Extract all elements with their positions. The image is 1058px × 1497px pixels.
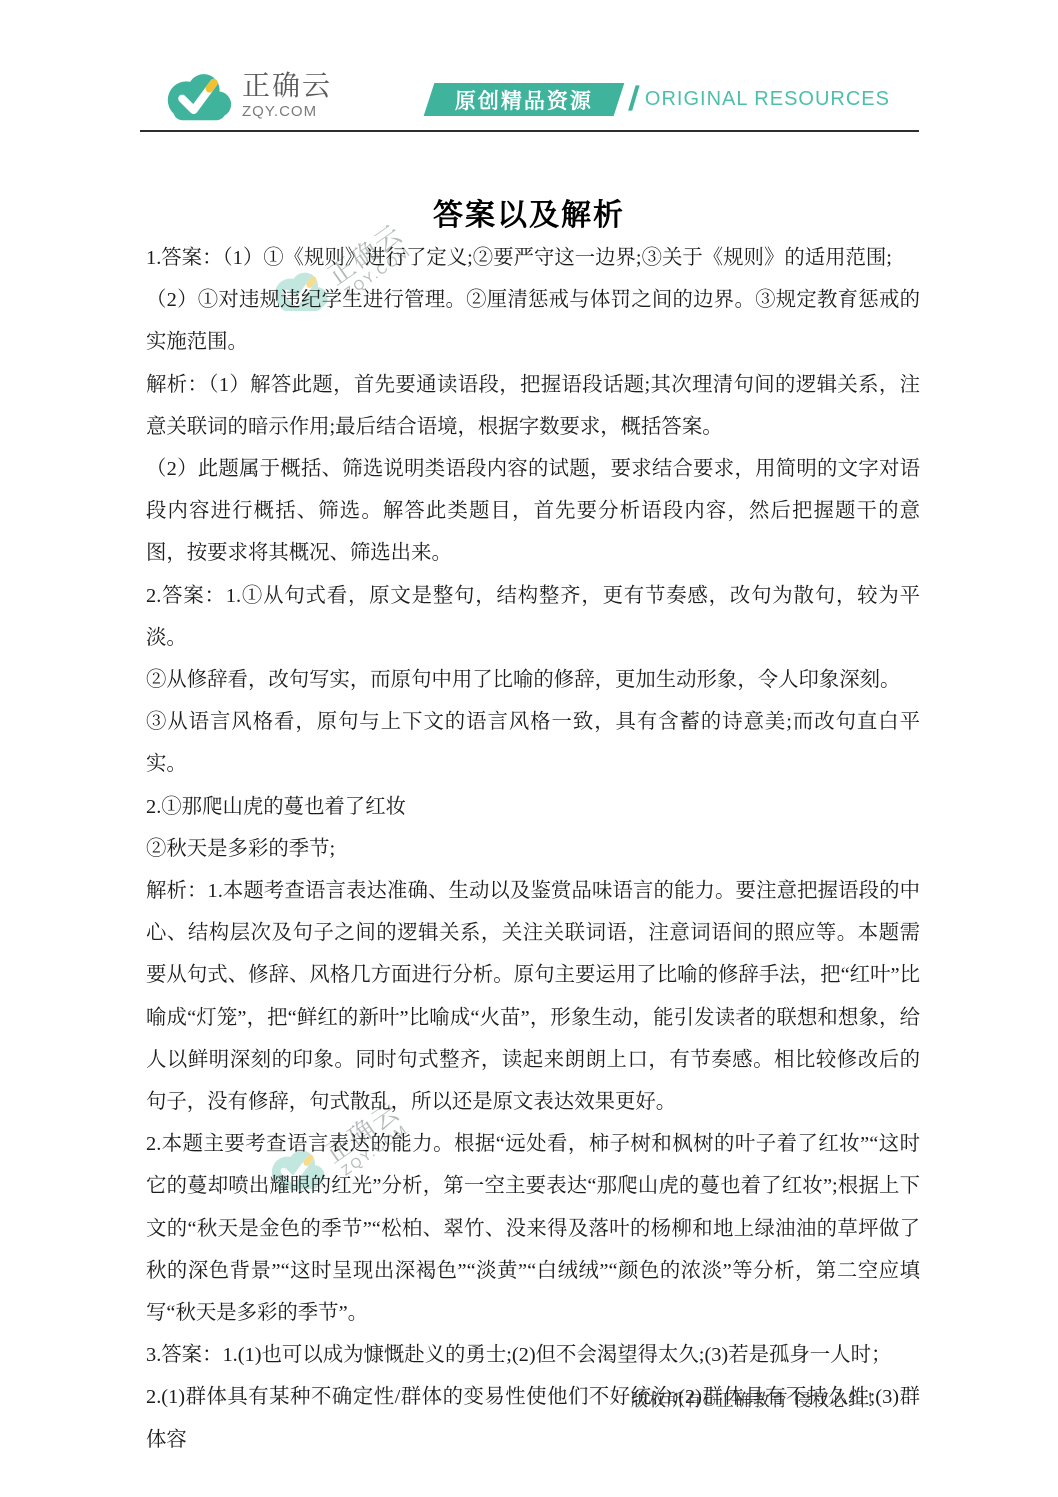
- header-divider: [140, 130, 919, 132]
- resources-banner: 原创精品资源 / ORIGINAL RESOURCES: [429, 82, 890, 116]
- page-header: 正确云 ZQY.COM 原创精品资源 / ORIGINAL RESOURCES: [140, 62, 918, 132]
- document-body: 1.答案：（1）①《规则》进行了定义;②要严守这一边界;③关于《规则》的适用范围…: [146, 237, 920, 1461]
- document-page: 正确云 ZQY.COM 正确云 ZQY.COM: [0, 0, 1058, 1497]
- paragraph: 2.本题主要考查语言表达的能力。根据“远处看，柿子树和枫树的叶子着了红妆”“这时…: [146, 1123, 920, 1334]
- brand-name: 正确云: [242, 72, 332, 100]
- paragraph: ③从语言风格看，原句与上下文的语言风格一致，具有含蓄的诗意美;而改句直白平实。: [146, 701, 920, 785]
- page-title: 答案以及解析: [0, 190, 1058, 234]
- paragraph: 2.答案：1.①从句式看，原文是整句，结构整齐，更有节奏感，改句为散句，较为平淡…: [146, 575, 920, 659]
- paragraph: 2.①那爬山虎的蔓也着了红妆: [146, 786, 920, 828]
- paragraph: 3.答案：1.(1)也可以成为慷慨赴义的勇士;(2)但不会渴望得太久;(3)若是…: [146, 1334, 920, 1376]
- paragraph: （2）①对违规违纪学生进行管理。②厘清惩戒与体罚之间的边界。③规定教育惩戒的实施…: [146, 279, 920, 363]
- paragraph: ②从修辞看，改句写实，而原句中用了比喻的修辞，更加生动形象，令人印象深刻。: [146, 659, 920, 701]
- paragraph: 1.答案：（1）①《规则》进行了定义;②要严守这一边界;③关于《规则》的适用范围…: [146, 237, 920, 279]
- paragraph: 解析：1.本题考查语言表达准确、生动以及鉴赏品味语言的能力。要注意把握语段的中心…: [146, 870, 920, 1123]
- brand-domain: ZQY.COM: [242, 104, 332, 119]
- logo-text: 正确云 ZQY.COM: [242, 72, 332, 119]
- paragraph: ②秋天是多彩的季节;: [146, 828, 920, 870]
- original-resources-badge: 原创精品资源: [424, 83, 625, 116]
- paragraph: 解析：（1）解答此题，首先要通读语段，把握语段话题;其次理清句间的逻辑关系，注意…: [146, 364, 920, 448]
- zqy-logo: 正确云 ZQY.COM: [162, 64, 332, 126]
- cloud-check-logo-icon: [162, 64, 234, 126]
- paragraph: （2）此题属于概括、筛选说明类语段内容的试题，要求结合要求，用简明的文字对语段内…: [146, 448, 920, 575]
- slash-divider: /: [627, 80, 641, 119]
- copyright-footer: 版权所有©正确教育 侵权必纠！: [0, 1386, 1058, 1411]
- banner-english-label: ORIGINAL RESOURCES: [645, 88, 890, 111]
- badge-label: 原创精品资源: [455, 84, 593, 114]
